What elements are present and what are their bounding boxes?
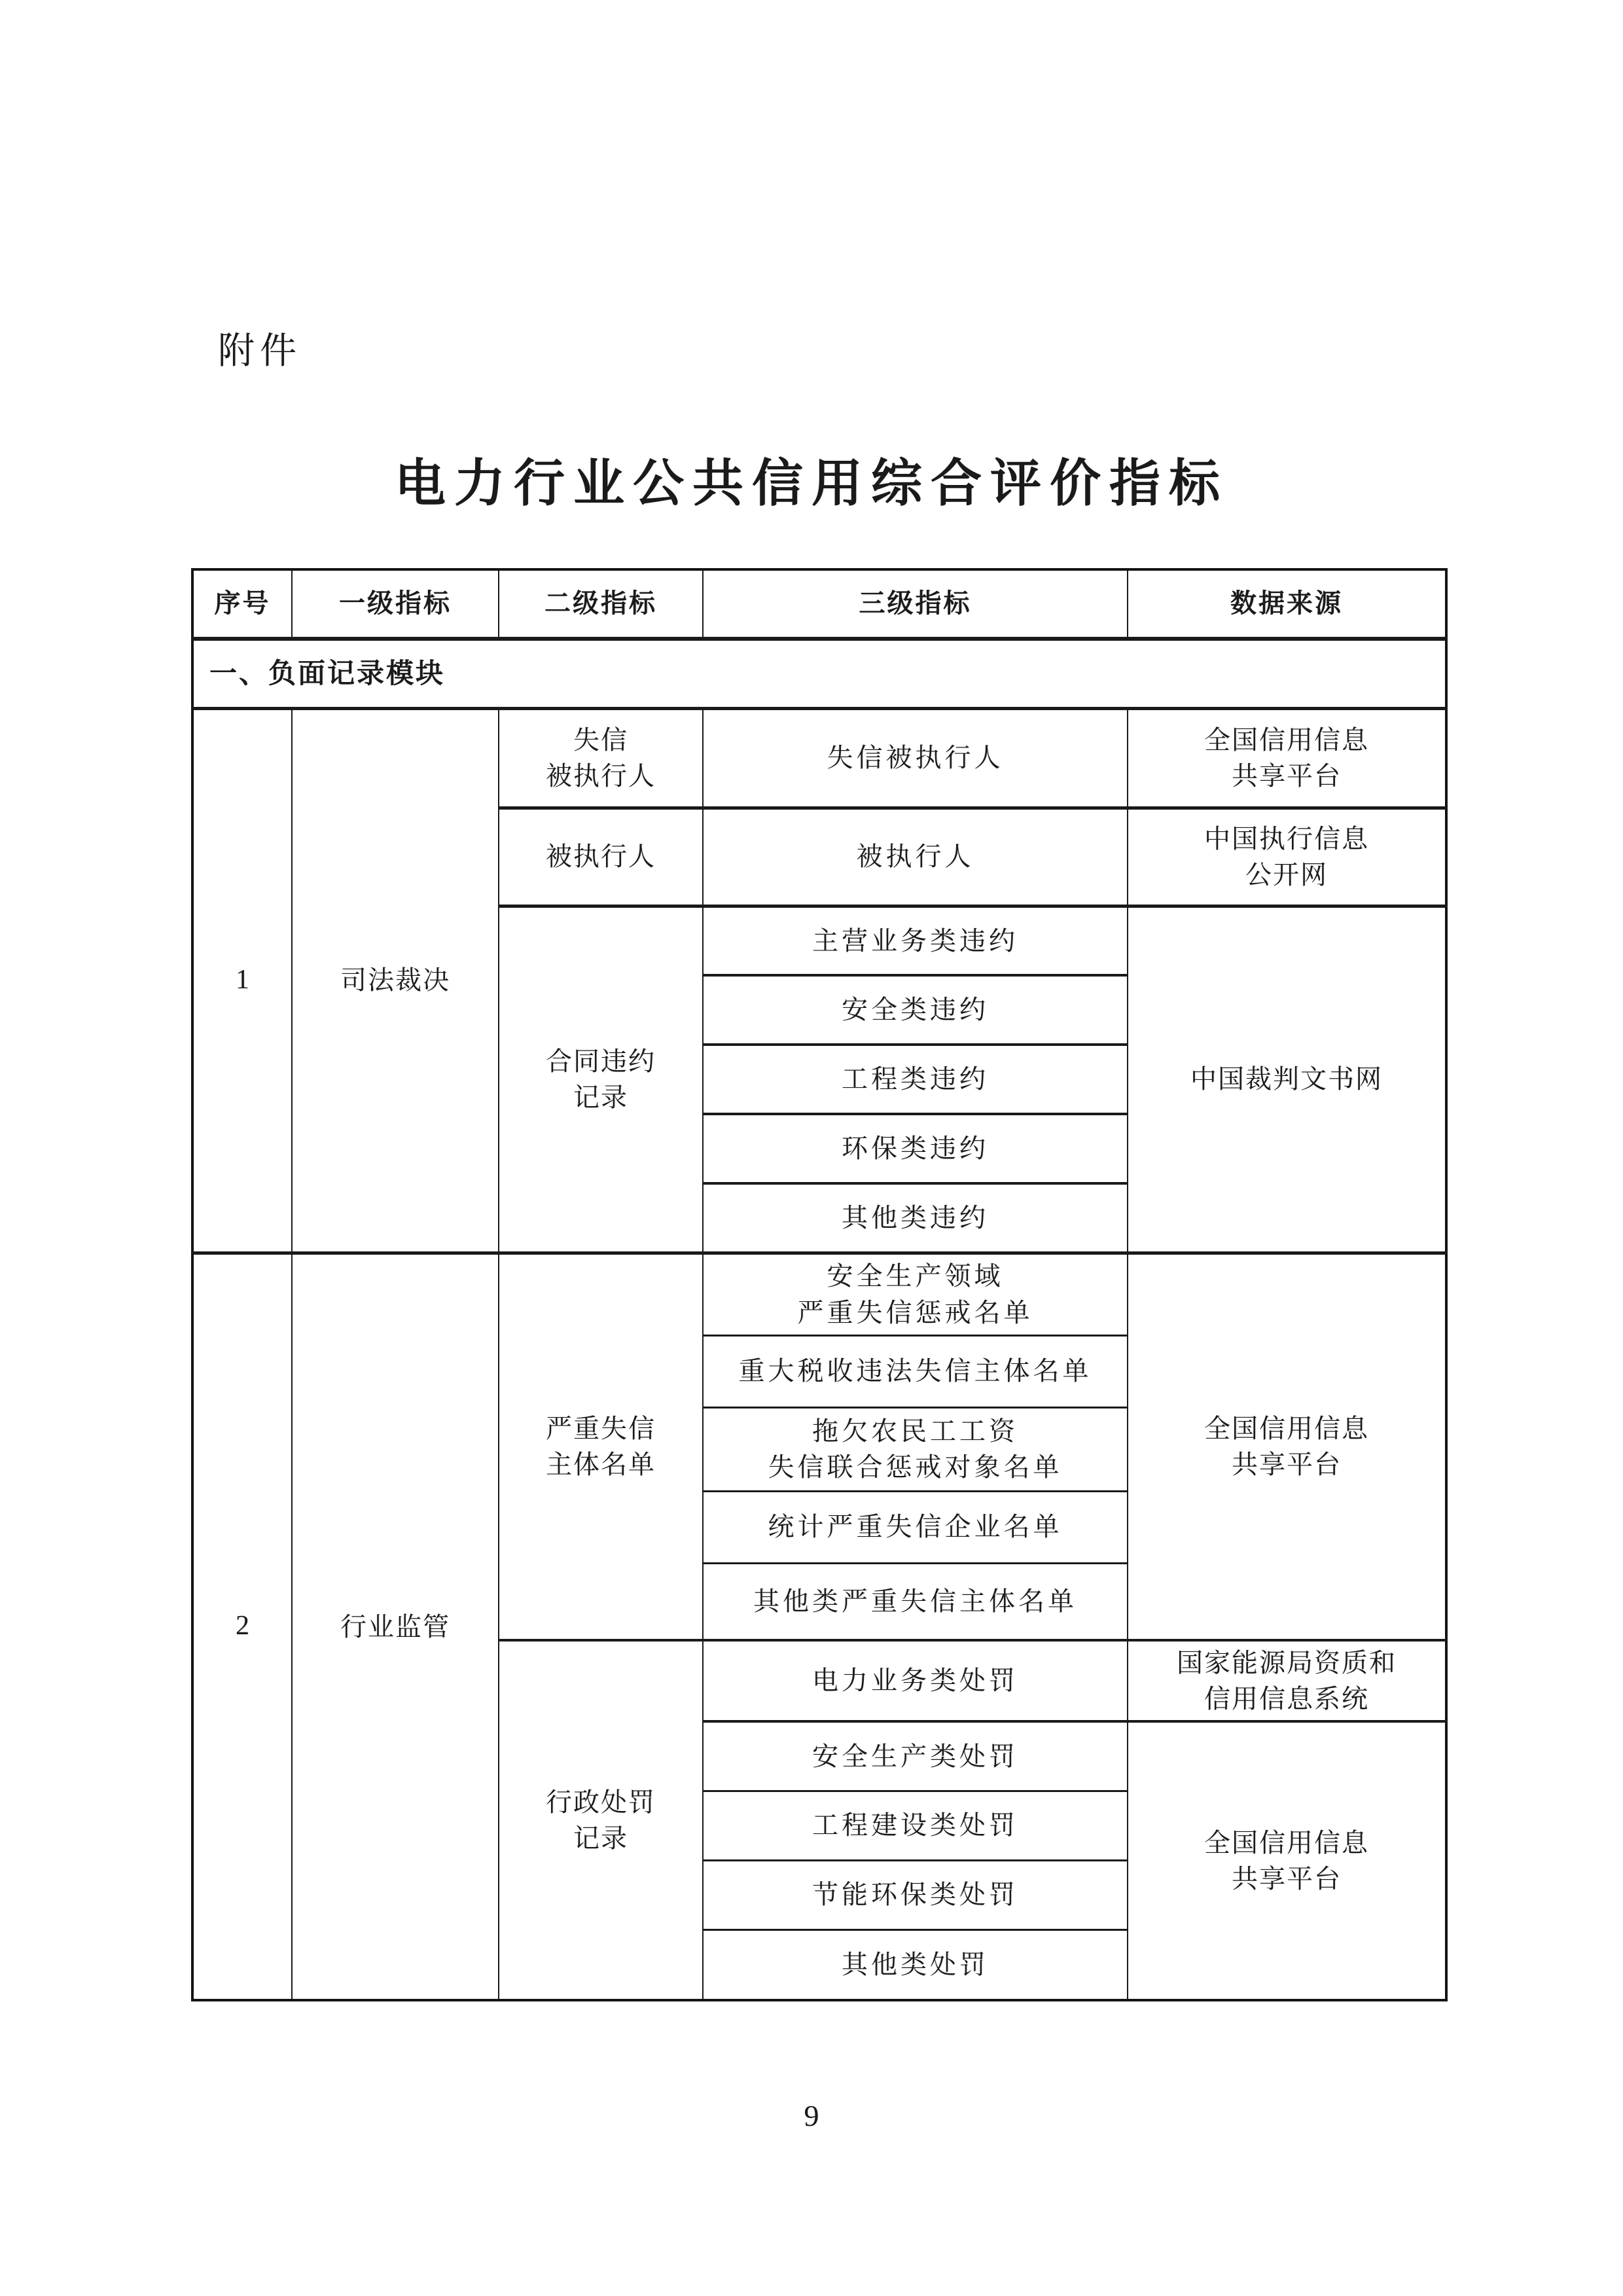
cell-r5-level3: 环保类违约 — [703, 1114, 1128, 1183]
cell-r7-serial: 2 — [192, 1253, 292, 2000]
cell-r8-level3: 重大税收违法失信主体名单 — [703, 1335, 1128, 1407]
cell-r6-level3: 其他类违约 — [703, 1183, 1128, 1253]
cell-r2-source: 中国裁判文书网 — [1128, 906, 1446, 1253]
cell-r2-level3: 主营业务类违约 — [703, 906, 1128, 975]
cell-r4-level3: 工程类违约 — [703, 1045, 1128, 1114]
cell-r13-source: 全国信用信息 共享平台 — [1128, 1721, 1446, 2000]
section-title: 一、负面记录模块 — [192, 639, 1446, 708]
col-header-serial: 序号 — [192, 569, 292, 639]
cell-r0-level1: 司法裁决 — [292, 708, 499, 1253]
cell-r1-level3: 被执行人 — [703, 808, 1128, 906]
section-title-row: 一、负面记录模块 — [192, 639, 1446, 708]
attachment-label: 附件 — [218, 322, 302, 374]
table-header-row: 序号 一级指标 二级指标 三级指标 数据来源 — [192, 569, 1446, 639]
page-number: 9 — [0, 2098, 1623, 2133]
document-page: 附件 电力行业公共信用综合评价指标 序号 一级指标 二级指标 三级指标 数据来源… — [0, 0, 1623, 2296]
col-header-level3: 三级指标 — [703, 569, 1128, 639]
cell-r12-source: 国家能源局资质和 信用信息系统 — [1128, 1640, 1446, 1721]
cell-r12-level3: 电力业务类处罚 — [703, 1640, 1128, 1721]
col-header-level2: 二级指标 — [499, 569, 703, 639]
cell-r7-level2: 严重失信 主体名单 — [499, 1253, 703, 1640]
cell-r10-level3: 统计严重失信企业名单 — [703, 1491, 1128, 1563]
table-row: 1 司法裁决 失信 被执行人 失信被执行人 全国信用信息 共享平台 — [192, 708, 1446, 808]
cell-r1-level2: 被执行人 — [499, 808, 703, 906]
page-title: 电力行业公共信用综合评价指标 — [0, 442, 1623, 516]
indicator-table-container: 序号 一级指标 二级指标 三级指标 数据来源 一、负面记录模块 1 司法裁决 失… — [191, 568, 1448, 2001]
cell-r0-serial: 1 — [192, 708, 292, 1253]
cell-r15-level3: 节能环保类处罚 — [703, 1860, 1128, 1929]
cell-r14-level3: 工程建设类处罚 — [703, 1791, 1128, 1860]
cell-r12-level2: 行政处罚 记录 — [499, 1640, 703, 2000]
cell-r11-level3: 其他类严重失信主体名单 — [703, 1563, 1128, 1640]
cell-r2-level2: 合同违约 记录 — [499, 906, 703, 1253]
col-header-level1: 一级指标 — [292, 569, 499, 639]
cell-r3-level3: 安全类违约 — [703, 975, 1128, 1045]
indicator-table: 序号 一级指标 二级指标 三级指标 数据来源 一、负面记录模块 1 司法裁决 失… — [191, 568, 1448, 2001]
cell-r0-source: 全国信用信息 共享平台 — [1128, 708, 1446, 808]
cell-r7-source: 全国信用信息 共享平台 — [1128, 1253, 1446, 1640]
cell-r16-level3: 其他类处罚 — [703, 1929, 1128, 2000]
table-row: 2 行业监管 严重失信 主体名单 安全生产领域 严重失信惩戒名单 全国信用信息 … — [192, 1253, 1446, 1335]
cell-r7-level3: 安全生产领域 严重失信惩戒名单 — [703, 1253, 1128, 1335]
cell-r0-level3: 失信被执行人 — [703, 708, 1128, 808]
cell-r13-level3: 安全生产类处罚 — [703, 1721, 1128, 1791]
col-header-source: 数据来源 — [1128, 569, 1446, 639]
cell-r1-source: 中国执行信息 公开网 — [1128, 808, 1446, 906]
cell-r0-level2: 失信 被执行人 — [499, 708, 703, 808]
cell-r9-level3: 拖欠农民工工资 失信联合惩戒对象名单 — [703, 1407, 1128, 1491]
cell-r7-level1: 行业监管 — [292, 1253, 499, 2000]
